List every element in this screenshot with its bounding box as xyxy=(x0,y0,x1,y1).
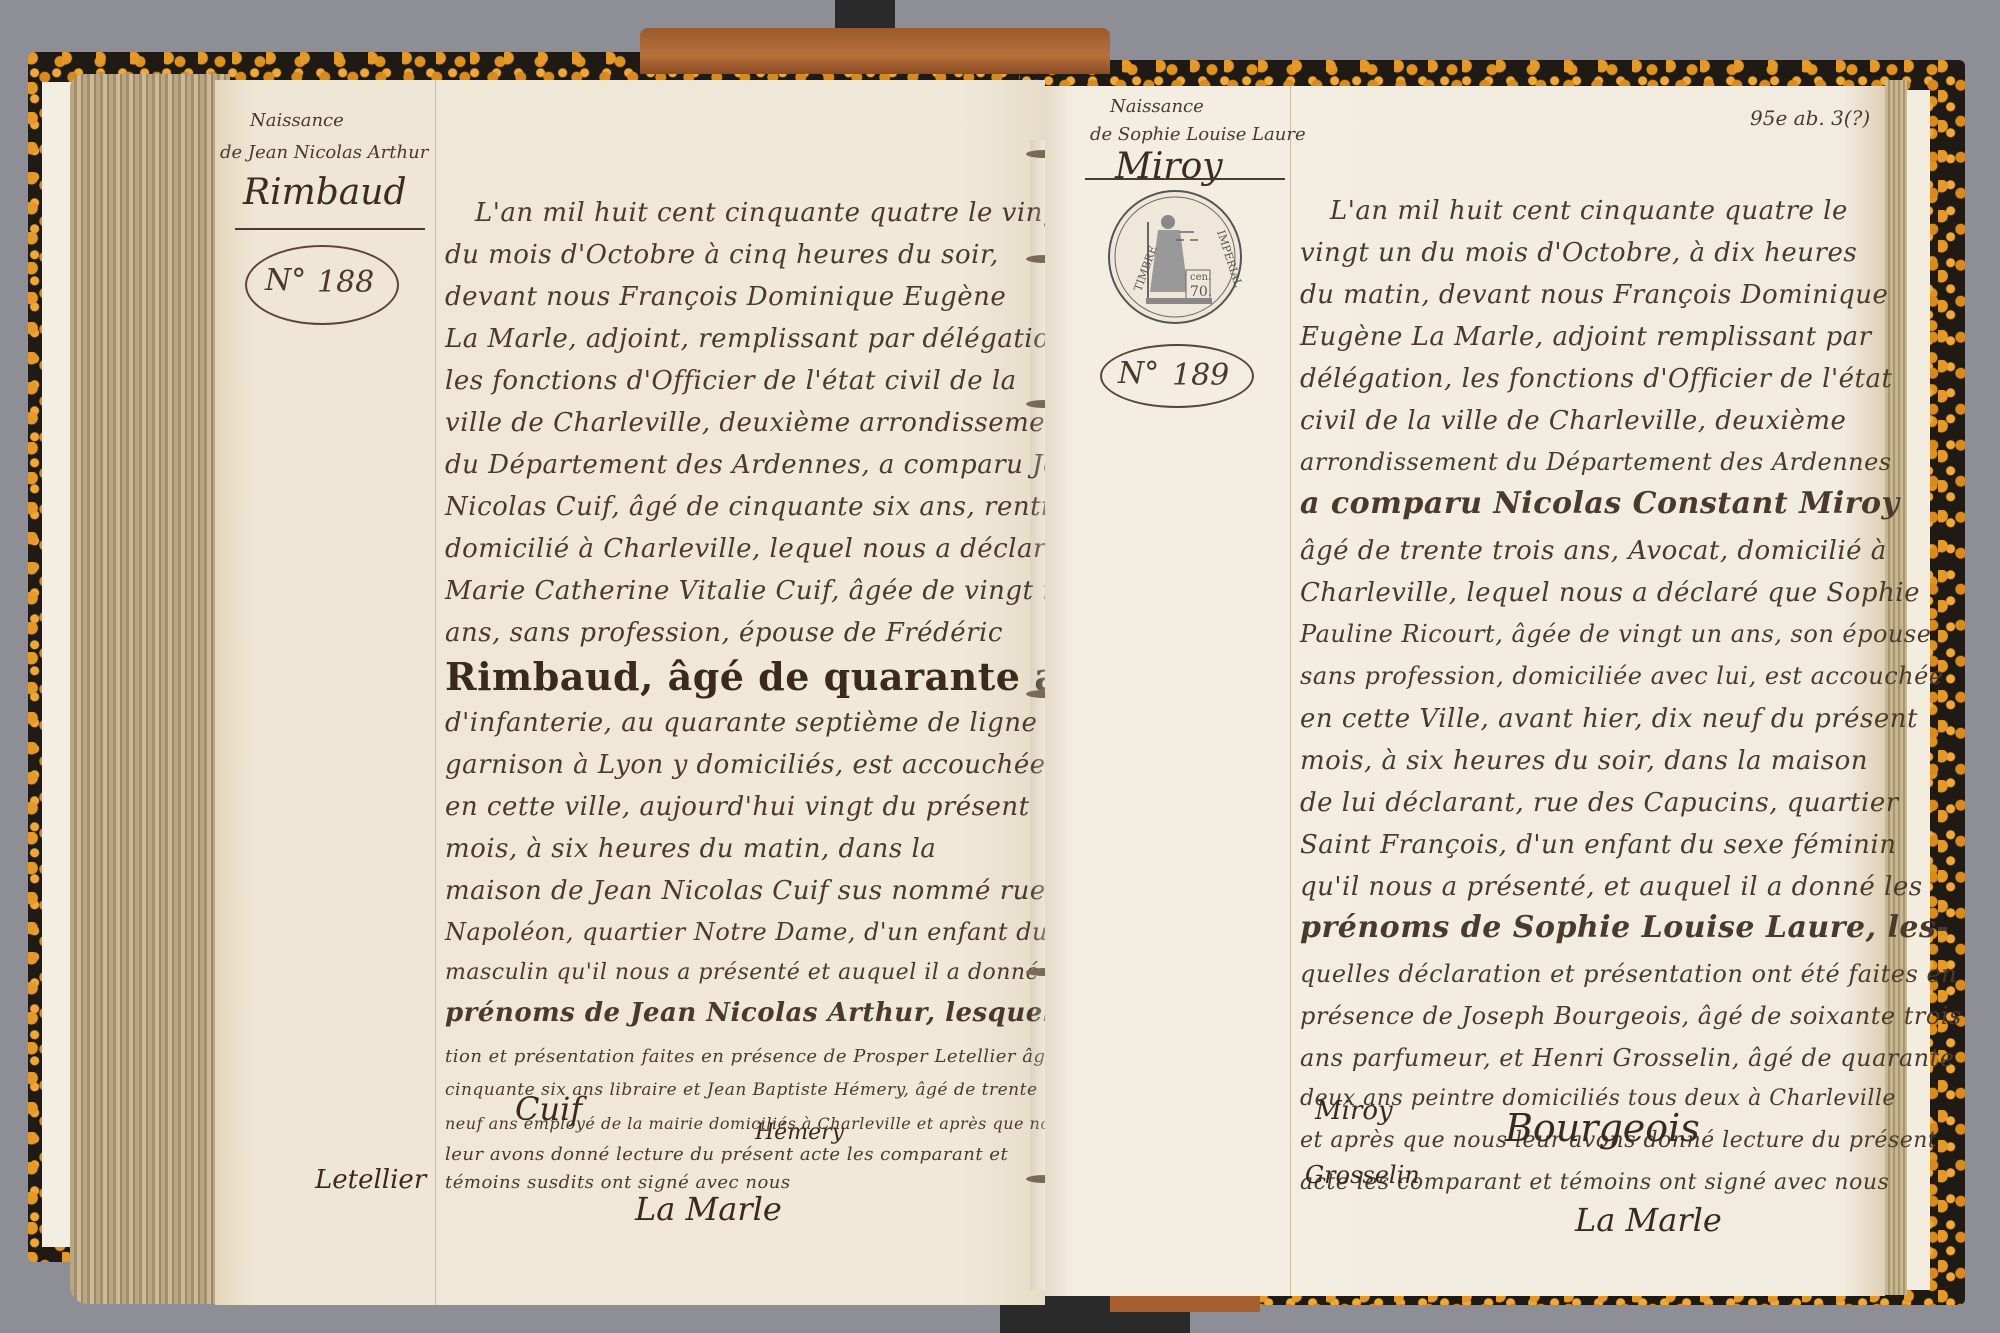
record-number-oval: N° 189 xyxy=(1100,344,1254,408)
signature-grosselin: Grosselin xyxy=(1305,1161,1420,1189)
record-number-oval: N° 188 xyxy=(245,245,399,325)
text-line: arrondissement du Département des Ardenn… xyxy=(1300,448,1892,476)
text-line: garnison à Lyon y domiciliés, est accouc… xyxy=(445,750,1046,780)
text-line: Pauline Ricourt, âgée de vingt un ans, s… xyxy=(1300,620,1931,648)
signature-la-marle: La Marle xyxy=(635,1190,782,1228)
text-line: leur avons donné lecture du présent acte… xyxy=(445,1144,1008,1165)
text-line: Charleville, lequel nous a déclaré que S… xyxy=(1300,578,1920,608)
text-line: Marie Catherine Vitalie Cuif, âgée de vi… xyxy=(445,576,1103,606)
margin-surname: Rimbaud xyxy=(243,172,407,213)
text-line: du matin, devant nous François Dominique xyxy=(1300,280,1888,310)
text-line: délégation, les fonctions d'Officier de … xyxy=(1300,364,1892,394)
left-page: Naissance de Jean Nicolas Arthur Rimbaud… xyxy=(215,80,1045,1305)
signature-bourgeois: Bourgeois xyxy=(1505,1106,1700,1150)
record-number: 188 xyxy=(317,265,374,300)
text-line: Saint François, d'un enfant du sexe fémi… xyxy=(1300,830,1896,860)
record-number: 189 xyxy=(1172,358,1229,393)
stamp-value: 70. xyxy=(1190,284,1212,300)
margin-rule xyxy=(1290,86,1291,1296)
text-line: d'infanterie, au quarante septième de li… xyxy=(445,708,1079,738)
text-line: Nicolas Cuif, âgé de cinquante six ans, … xyxy=(445,492,1079,522)
text-line: L'an mil huit cent cinquante quatre le v… xyxy=(475,198,1071,228)
text-line: ans, sans profession, épouse de Frédéric xyxy=(445,618,1003,648)
record-number-prefix: N° xyxy=(265,263,306,298)
emphasized-name-sophie-louise-laure: prénoms de Sophie Louise Laure, les- xyxy=(1300,910,1949,945)
text-line: tion et présentation faites en présence … xyxy=(445,1046,1086,1067)
text-line: les fonctions d'Officier de l'état civil… xyxy=(445,366,1017,396)
margin-heading: Naissance xyxy=(1110,96,1204,117)
page-block-edges-left xyxy=(70,74,230,1304)
imperial-tax-stamp: TIMBRE IMPERIAL cen. 70. xyxy=(1108,190,1242,324)
text-line: présence de Joseph Bourgeois, âgé de soi… xyxy=(1300,1002,1962,1030)
margin-subject: de Sophie Louise Laure xyxy=(1090,124,1306,145)
emphasized-name-miroy: a comparu Nicolas Constant Miroy xyxy=(1300,486,1900,521)
text-line: âgé de trente trois ans, Avocat, domicil… xyxy=(1300,536,1887,566)
text-line: de lui déclarant, rue des Capucins, quar… xyxy=(1300,788,1899,818)
text-line: sans profession, domiciliée avec lui, es… xyxy=(1300,662,1944,690)
surname-underline xyxy=(235,228,425,230)
signature-cuif: Cuif xyxy=(515,1090,582,1128)
text-line: du mois d'Octobre à cinq heures du soir, xyxy=(445,240,999,270)
margin-rule xyxy=(435,80,436,1305)
text-line: qu'il nous a présenté, et auquel il a do… xyxy=(1300,872,1923,902)
text-line: quelles déclaration et présentation ont … xyxy=(1300,960,1957,988)
signature-letellier: Letellier xyxy=(315,1165,426,1195)
text-line: du Département des Ardennes, a comparu J… xyxy=(445,450,1092,480)
folio-number: 95e ab. 3(?) xyxy=(1750,106,1870,130)
text-line: La Marle, adjoint, remplissant par délég… xyxy=(445,324,1066,354)
text-line: L'an mil huit cent cinquante quatre le xyxy=(1330,196,1848,226)
text-line: civil de la ville de Charleville, deuxiè… xyxy=(1300,406,1846,436)
text-line: domicilié à Charleville, lequel nous a d… xyxy=(445,534,1121,564)
text-line: vingt un du mois d'Octobre, à dix heures xyxy=(1300,238,1857,268)
signature-miroy: Miroy xyxy=(1315,1096,1393,1126)
margin-surname: Miroy xyxy=(1115,146,1223,187)
signature-hemery: Hémery xyxy=(755,1120,844,1145)
record-number-prefix: N° xyxy=(1118,356,1159,391)
text-line: masculin qu'il nous a présenté et auquel… xyxy=(445,960,1079,985)
justice-figure-icon xyxy=(1110,192,1240,322)
text-line: ans parfumeur, et Henri Grosselin, âgé d… xyxy=(1300,1044,1954,1072)
margin-heading: Naissance xyxy=(250,110,344,131)
text-line: maison de Jean Nicolas Cuif sus nommé ru… xyxy=(445,876,1046,906)
stamp-value-unit: cen. xyxy=(1190,272,1211,283)
text-line: ville de Charleville, deuxième arrondiss… xyxy=(445,408,1073,438)
text-line: mois, à six heures du soir, dans la mais… xyxy=(1300,746,1868,776)
text-line: en cette Ville, avant hier, dix neuf du … xyxy=(1300,704,1918,734)
text-line: Napoléon, quartier Notre Dame, d'un enfa… xyxy=(445,918,1112,946)
surname-underline xyxy=(1085,178,1285,180)
text-line: mois, à six heures du matin, dans la xyxy=(445,834,936,864)
signature-la-marle: La Marle xyxy=(1575,1201,1722,1239)
text-line: devant nous François Dominique Eugène xyxy=(445,282,1006,312)
leather-spine-top xyxy=(640,28,1110,74)
margin-subject: de Jean Nicolas Arthur xyxy=(220,142,428,163)
text-line: en cette ville, aujourd'hui vingt du pré… xyxy=(445,792,1030,822)
text-line: Eugène La Marle, adjoint remplissant par xyxy=(1300,322,1872,352)
